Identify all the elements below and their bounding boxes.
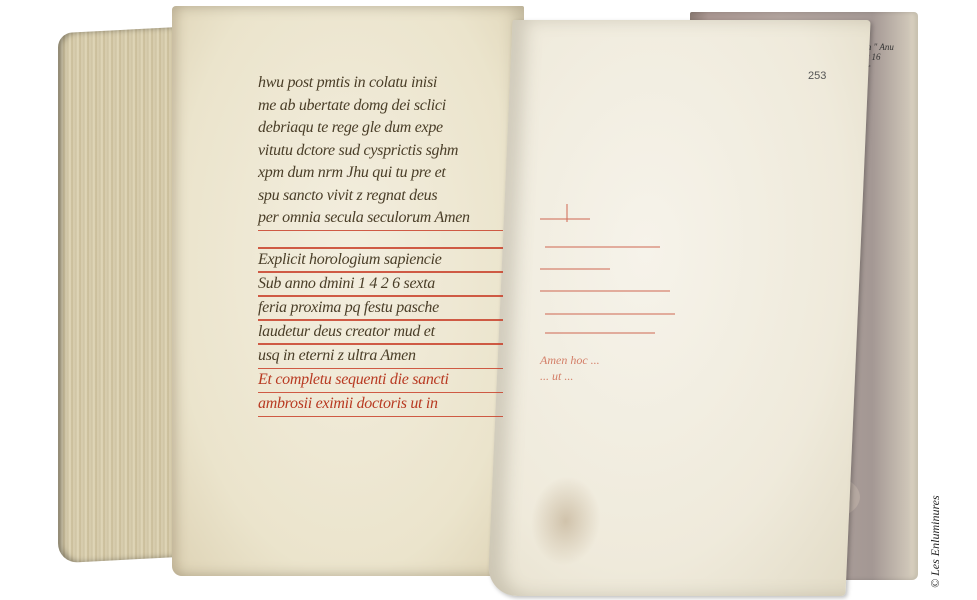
text-line: hwu post pmtis in colatu inisi: [258, 72, 503, 95]
text-line: usq in eterni z ultra Amen: [258, 345, 503, 368]
faded-rubric: Amen hoc ... ... ut ...: [540, 352, 740, 384]
paragraph-2: Explicit horologium sapiencie Sub anno d…: [258, 247, 503, 417]
red-ruling: [258, 230, 503, 232]
text-line: me ab ubertate domg dei sclici: [258, 95, 503, 118]
ruling-offset: [566, 204, 568, 222]
text-line: per omnia secula seculorum Amen: [258, 207, 503, 230]
right-page: [487, 20, 870, 596]
red-ruling: [258, 416, 503, 418]
text-line: debriaqu te rege gle dum expe: [258, 117, 503, 140]
text-line: vitutu dctore sud cysprictis sghm: [258, 140, 503, 163]
ruling-offset: [545, 313, 675, 315]
water-stain: [529, 476, 603, 566]
red-ruling: [258, 343, 503, 345]
red-ruling: [258, 392, 503, 394]
copyright-credit: © Les Enluminures: [926, 470, 942, 590]
red-ruling: [258, 271, 503, 273]
text-line: spu sancto vivit z regnat deus: [258, 185, 503, 208]
rubric-line: Et completu sequenti die sancti: [258, 369, 503, 392]
text-line: laudetur deus creator mud et: [258, 321, 503, 344]
ruling-offset: [540, 218, 590, 220]
red-ruling: [258, 247, 503, 249]
text-block-edge: [58, 27, 183, 564]
text-line: Explicit horologium sapiencie: [258, 249, 503, 272]
red-ruling: [258, 319, 503, 321]
paragraph-1: hwu post pmtis in colatu inisi me ab ube…: [258, 72, 503, 231]
ruling-offset: [545, 332, 655, 334]
text-line: feria proxima pq festu pasche: [258, 297, 503, 320]
left-page-text: hwu post pmtis in colatu inisi me ab ube…: [258, 72, 503, 417]
text-line: xpm dum nrm Jhu qui tu pre et: [258, 162, 503, 185]
red-ruling: [258, 295, 503, 297]
rubric-line: ambrosii eximii doctoris ut in: [258, 393, 503, 416]
ruling-offset: [545, 246, 660, 248]
text-line: Sub anno dmini 1 4 2 6 sexta: [258, 273, 503, 296]
folio-number: 253: [808, 70, 826, 82]
ruling-offset: [540, 290, 670, 292]
ruling-offset: [540, 268, 610, 270]
red-ruling: [258, 368, 503, 370]
